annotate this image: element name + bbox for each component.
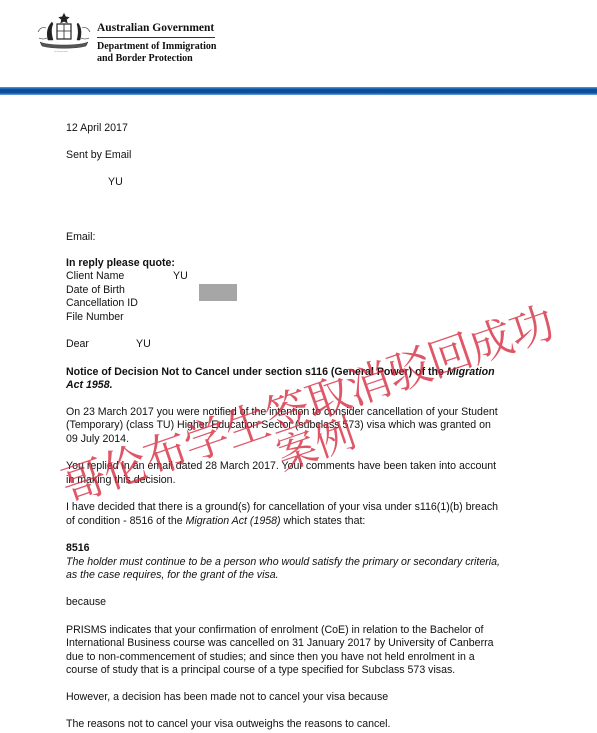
para3-pre: of condition - 8516 of the — [66, 515, 186, 527]
para2-line1: You replied in an email dated 28 March 2… — [66, 460, 496, 474]
condition-line2: as the case requires, for the grant of t… — [66, 569, 279, 583]
para3-line2: of condition - 8516 of the Migration Act… — [66, 515, 365, 529]
cancellation-id-label: Cancellation ID — [66, 297, 138, 311]
para4-line2: International Business course was cancel… — [66, 637, 494, 651]
para3-line1: I have decided that there is a ground(s)… — [66, 501, 498, 515]
because: because — [66, 596, 106, 610]
redaction-box — [199, 284, 237, 301]
notice-title-act-line2: Act 1958. — [66, 379, 113, 393]
salutation-name: YU — [136, 338, 151, 352]
svg-text:~~~~~~: ~~~~~~ — [54, 49, 69, 54]
para5: However, a decision has been made not to… — [66, 691, 388, 705]
email-label: Email: — [66, 231, 95, 245]
department-line-1: Department of Immigration — [97, 41, 216, 53]
condition-line1: The holder must continue to be a person … — [66, 556, 500, 570]
department-name: Department of Immigration and Border Pro… — [97, 41, 216, 65]
salutation: Dear — [66, 338, 89, 352]
para6: The reasons not to cancel your visa outw… — [66, 718, 390, 732]
header-band — [0, 87, 597, 95]
department-line-2: and Border Protection — [97, 53, 216, 65]
para4-line3: due to non-commencement of studies; and … — [66, 651, 475, 665]
condition-code: 8516 — [66, 542, 90, 556]
para3-act: Migration Act (1958) — [186, 515, 281, 527]
client-name-value: YU — [173, 270, 188, 284]
client-name-label: Client Name — [66, 270, 124, 284]
sent-by: Sent by Email — [66, 149, 131, 163]
para4-line4: course of study that is a principal cour… — [66, 664, 455, 678]
notice-title-act: Migration — [447, 366, 495, 378]
para4-line1: PRISMS indicates that your confirmation … — [66, 624, 483, 638]
para3-post: which states that: — [281, 515, 366, 527]
government-title: Australian Government — [97, 22, 215, 38]
para1-line2: (Temporary) (class TU) Higher Education … — [66, 419, 491, 433]
file-number-label: File Number — [66, 311, 124, 325]
para1-line3: 09 July 2014. — [66, 433, 129, 447]
para1-line1: On 23 March 2017 you were notified of th… — [66, 406, 498, 420]
notice-title: Notice of Decision Not to Cancel under s… — [66, 366, 495, 380]
letterhead: ~~~~~~ Australian Government Department … — [0, 0, 597, 80]
notice-title-main: Notice of Decision Not to Cancel under s… — [66, 366, 447, 378]
para2-line2: in making this decision. — [66, 474, 176, 488]
coat-of-arms-icon: ~~~~~~ — [36, 10, 92, 56]
letter-date: 12 April 2017 — [66, 122, 128, 136]
reply-heading: In reply please quote: — [66, 257, 175, 271]
dob-label: Date of Birth — [66, 284, 125, 298]
recipient-name: YU — [108, 176, 123, 190]
